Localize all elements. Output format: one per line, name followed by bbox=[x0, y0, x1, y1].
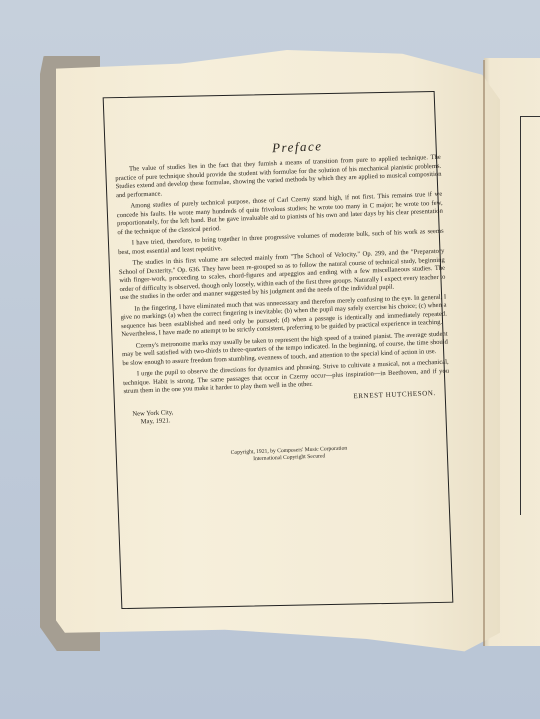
book-gutter bbox=[483, 60, 485, 646]
facing-page-frame bbox=[520, 116, 540, 515]
preface-content: Preface The value of studies lies in the… bbox=[114, 134, 452, 468]
